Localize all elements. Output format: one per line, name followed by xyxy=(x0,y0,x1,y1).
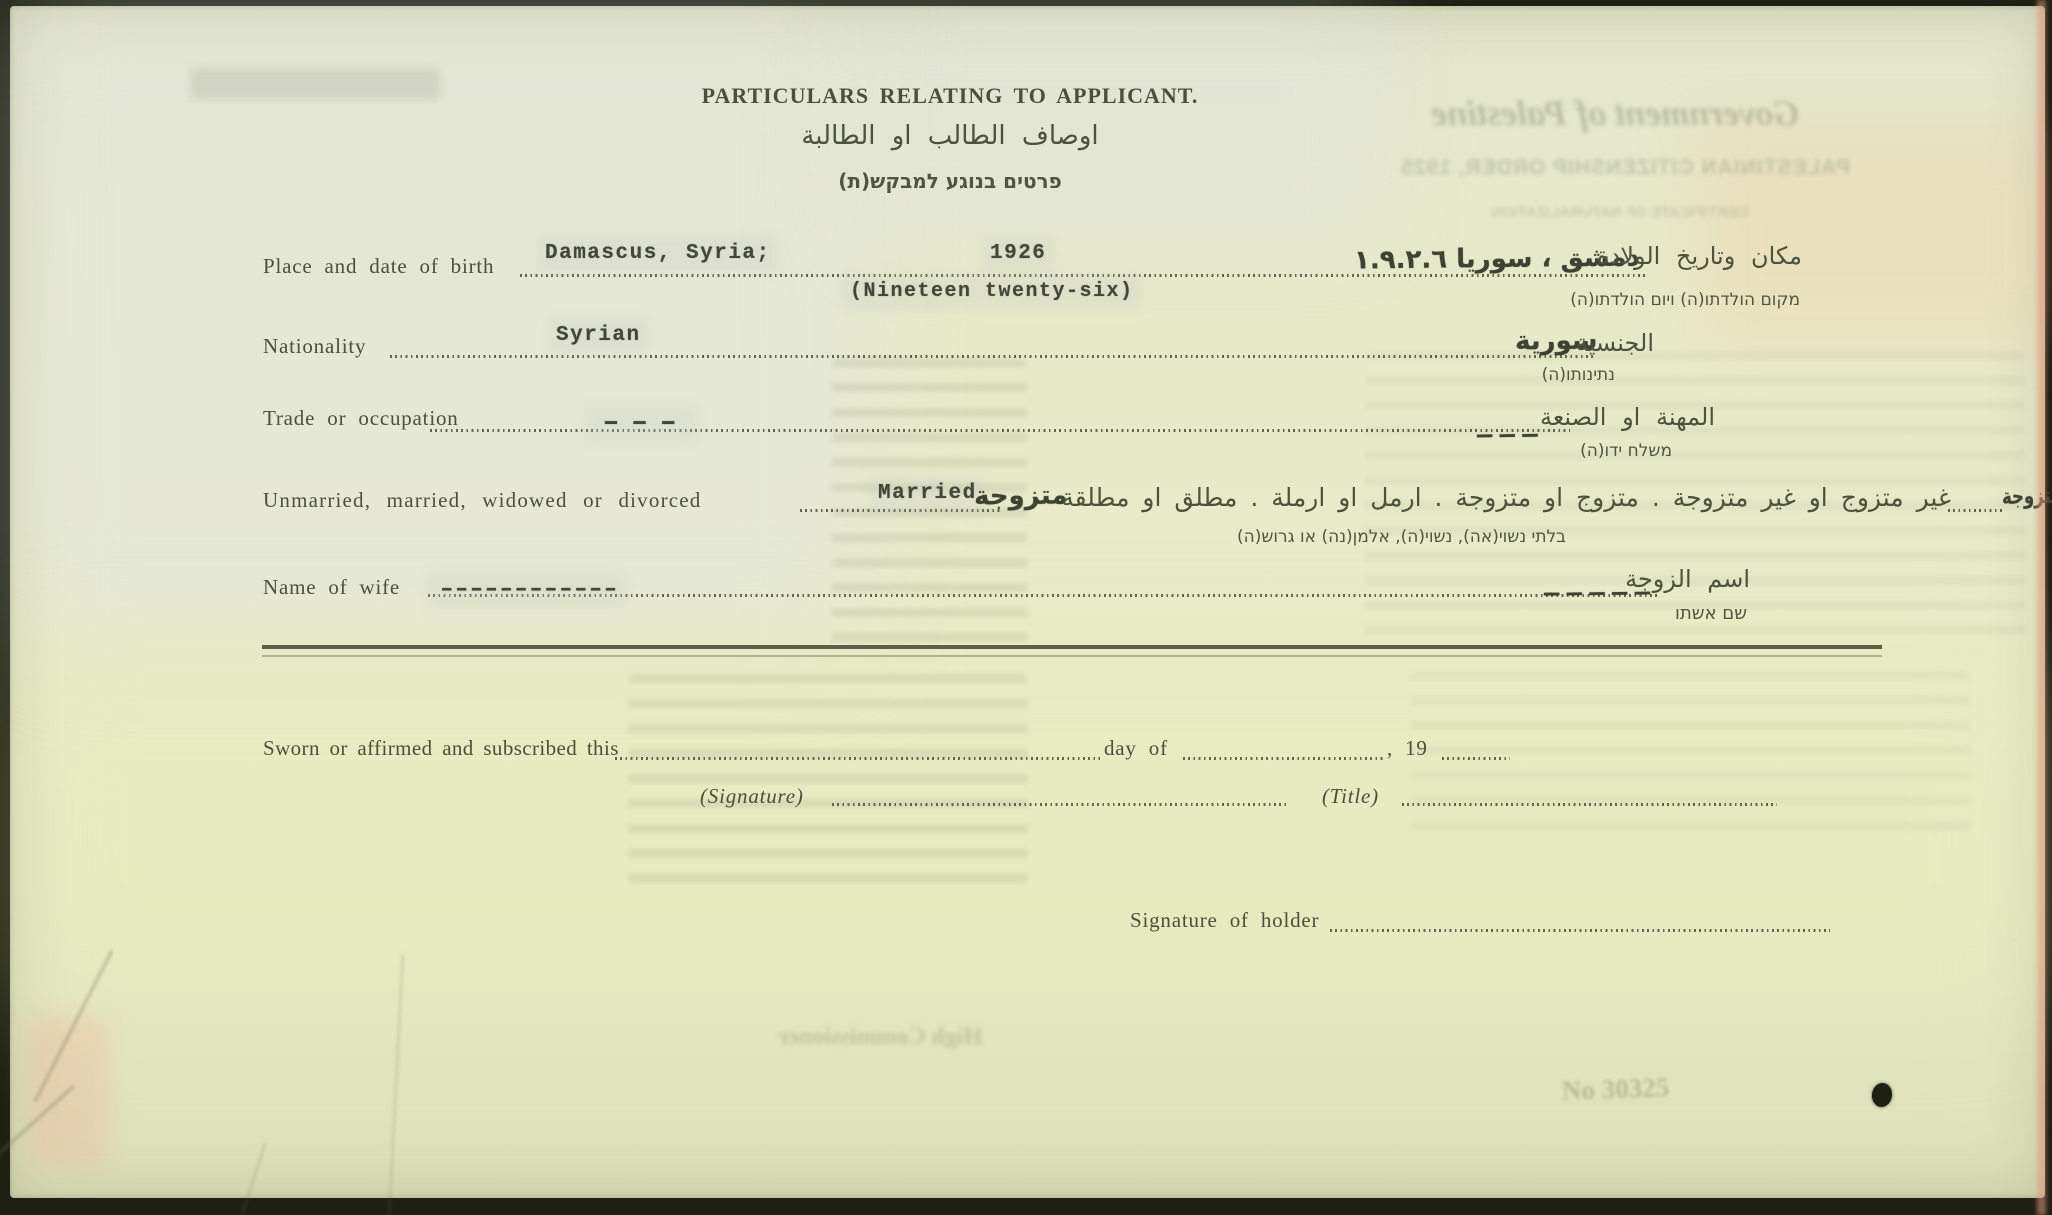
bleedthrough-citizenship-order: PALESTINIAN CITIZENSHIP ORDER, 1925 xyxy=(1355,156,1895,180)
oath-signature-label: (Signature) xyxy=(700,785,804,808)
document-scan: Government of Palestine PALESTINIAN CITI… xyxy=(0,0,2052,1215)
field-value-handwritten-marital: متزوجة xyxy=(974,483,1068,510)
paper-crease xyxy=(388,954,404,1215)
bleedthrough-mark xyxy=(190,68,440,100)
dotted-line xyxy=(1402,803,1777,806)
oath-title-label: (Title) xyxy=(1322,785,1379,808)
field-label-en-nationality: Nationality xyxy=(263,335,366,358)
separator-rule xyxy=(262,655,1882,657)
field-label-en-occupation: Trade or occupation xyxy=(263,407,459,430)
field-value-typed-nationality: Syrian xyxy=(556,325,641,346)
field-label-ar-occupation: المهنة او الصنعة xyxy=(1540,404,1715,430)
field-label-he-occupation: משלח ידו(ה) xyxy=(1580,442,1672,461)
field-label-ar-birth: مكان وتاريخ الولادة xyxy=(1597,243,1802,269)
bleedthrough-paragraph xyxy=(1410,671,1970,841)
holder-signature-label: Signature of holder xyxy=(1130,909,1319,932)
field-value-typed-wife: ------------ xyxy=(437,580,616,601)
field-label-en-birth: Place and date of birth xyxy=(263,255,494,278)
field-label-he-wife: שם אשתו xyxy=(1675,604,1747,624)
field-label-he-nationality: נתינותו(ה) xyxy=(1542,366,1615,385)
bleedthrough-paragraph xyxy=(628,674,1028,886)
dotted-line xyxy=(832,803,1287,806)
paper-crease xyxy=(0,1085,75,1168)
field-value-handwritten-occupation: ــ ــ ــ xyxy=(1476,420,1537,443)
oath-day-of-label: day of xyxy=(1104,737,1168,760)
field-value-typed-birthyear: 1926 xyxy=(990,243,1046,264)
oath-year-label: , 19 xyxy=(1387,737,1428,760)
field-value-typed-birthplace: Damascus, Syria; xyxy=(545,243,771,264)
bleedthrough-high-commissioner: High Commissioner xyxy=(640,1024,1120,1051)
dotted-line xyxy=(1442,757,1510,760)
form-title-he: פרטים בנוגע למבקש(ת) xyxy=(650,170,1250,192)
form-title-en: PARTICULARS RELATING TO APPLICANT. xyxy=(600,84,1300,108)
field-label-he-marital: בלתי נשוי(אה), נשוי(ה), אלמן(נה) או גרוש… xyxy=(1237,528,1612,547)
dotted-line xyxy=(1948,509,2005,512)
field-label-ar-marital: غير متزوج او غير متزوجة . متزوج او متزوج… xyxy=(1085,484,1951,512)
field-label-ar-nationality: الجنسية xyxy=(1576,330,1654,356)
bleedthrough-certificate-line: CERTIFICATE OF NATURALIZATION xyxy=(1405,204,1835,221)
paper-crease xyxy=(34,950,114,1103)
paper-tone-patch xyxy=(10,656,2045,1016)
dotted-line xyxy=(1330,929,1830,932)
field-label-ar-wife: اسم الزوجة xyxy=(1625,566,1750,592)
form-title-ar: اوصاف الطالب او الطالبة xyxy=(650,122,1250,151)
scan-edge-pink xyxy=(2037,0,2046,1215)
paper-crease xyxy=(240,1143,267,1215)
oath-sworn-label: Sworn or affirmed and subscribed this xyxy=(263,737,619,760)
field-value-typed-occupation: --- xyxy=(598,412,684,436)
dotted-line xyxy=(800,509,1000,512)
separator-rule xyxy=(262,645,1882,649)
dotted-line xyxy=(390,355,1595,358)
paper-stain xyxy=(28,1016,108,1166)
field-label-he-birth: מקום הולדתו(ה) ויום הולדתו(ה) xyxy=(1570,291,1800,310)
field-label-en-wife: Name of wife xyxy=(263,576,400,599)
bleedthrough-serial-number: No 30325 xyxy=(1561,1072,1669,1107)
field-value-typed-marital: Married xyxy=(878,483,977,504)
dotted-line xyxy=(615,757,1100,760)
field-label-en-marital: Unmarried, married, widowed or divorced xyxy=(263,489,702,512)
dotted-line xyxy=(520,274,1645,277)
dotted-line xyxy=(1183,757,1383,760)
field-value-typed-birthyear-words: (Nineteen twenty-six) xyxy=(850,282,1134,302)
bleedthrough-government-of-palestine: Government of Palestine xyxy=(1355,92,1875,134)
